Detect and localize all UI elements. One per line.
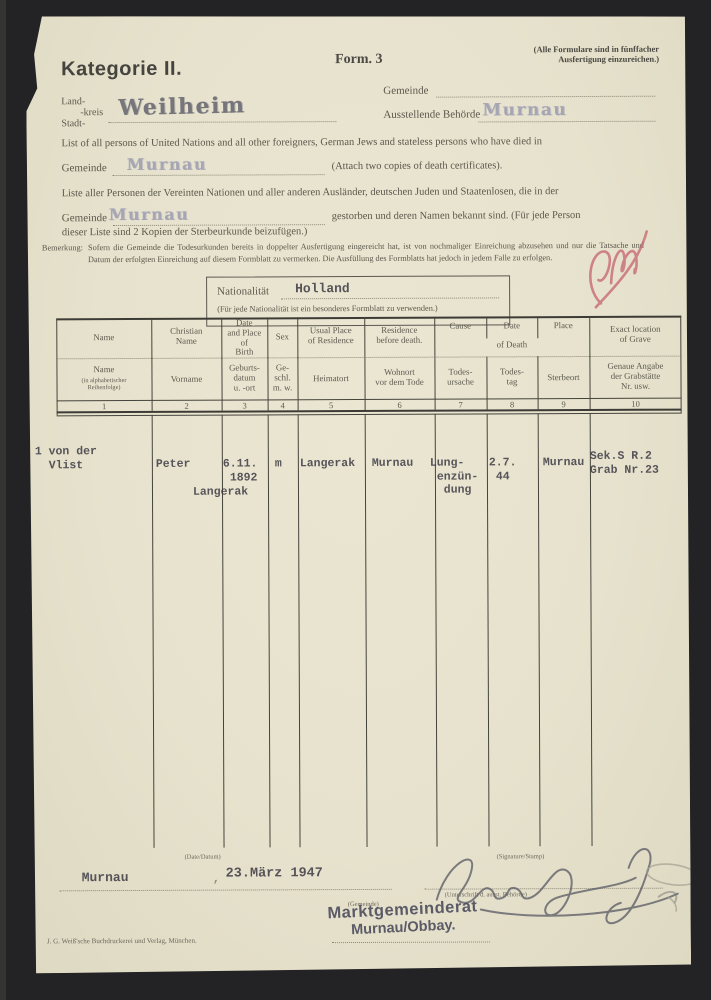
record-cause: Lung- enzün- dung (430, 456, 478, 497)
col-number: 1 (57, 401, 152, 411)
col-header-en-birth: Date and Place of Birth (221, 318, 267, 357)
col-header-de-wohnort: Wohnort vor dem Tode (364, 368, 434, 388)
nationality-note: (Für jede Nationalität ist ein besondere… (217, 304, 438, 314)
col-header-en-residence: Usual Place of Residence (297, 326, 364, 346)
printer-imprint: J. G. Weiß'sche Buchdruckerei und Verlag… (47, 937, 197, 946)
record-birth-date: 6.11. 1892 (223, 457, 258, 484)
behoerde-field-line (478, 120, 655, 123)
date-field-label: (Date/Datum) (185, 854, 221, 861)
col-number: 2 (152, 401, 222, 411)
body-vline (298, 414, 301, 847)
english-attach-note: (Attach two copies of death certificates… (332, 160, 503, 172)
landkreis-field-line (108, 120, 336, 123)
date-signature-line-left (60, 888, 392, 891)
scan-background: Kategorie II. Form. 3 (Alle Formulare si… (0, 0, 711, 1000)
body-vline (590, 413, 593, 846)
red-pencil-scribble (556, 210, 684, 328)
col-number: 4 (268, 400, 298, 410)
record-death-place: Murnau (543, 456, 584, 469)
col-number: 7 (435, 399, 487, 409)
col-header-de-geburt: Geburts- datum u. -ort (221, 363, 267, 393)
col-header-de-grabstaette: Genaue Angabe der Grabstätte Nr. usw. (589, 362, 681, 392)
body-vline (152, 415, 155, 848)
english-intro-line: List of all persons of United Nations an… (61, 136, 657, 150)
record-grave-location: Sek.S R.2 Grab Nr.23 (590, 450, 659, 477)
record-death-date: 2.7. 44 (489, 456, 517, 483)
pencil-oval-mark (638, 856, 708, 914)
form-number: Form. 3 (335, 52, 383, 68)
col-header-de-todestag: Todes- tag (486, 367, 537, 387)
nationality-line (281, 296, 499, 299)
behoerde-label: Ausstellende Behörde (383, 108, 480, 120)
col-number: 3 (222, 400, 268, 410)
record-sex: m (275, 457, 282, 470)
kreis-label: -kreis (80, 107, 103, 118)
german-gemeinde-label: Gemeinde (62, 212, 107, 224)
col-header-en-sex: Sex (267, 332, 297, 342)
typed-date: 23.März 1947 (226, 866, 323, 881)
col-header-en-christian-name: Christian Name (151, 327, 221, 347)
copies-note: (Alle Formulare sind in fünffacher Ausfe… (534, 44, 660, 65)
record-residence-before-death: Murnau (372, 457, 413, 470)
german-line3: dieser Liste sind 2 Kopien der Sterbeurk… (62, 226, 308, 238)
record-christian-name: Peter (156, 458, 191, 471)
gemeinde-field-line (436, 95, 655, 98)
english-gemeinde-stamp: Murnau (127, 155, 207, 174)
col-header-en-place: Place (537, 321, 589, 331)
col-number: 9 (538, 399, 590, 409)
col-number: 6 (365, 400, 435, 410)
english-gemeinde-label: Gemeinde (62, 162, 107, 174)
gemeinde-field-label: Gemeinde (383, 85, 428, 97)
body-vline (268, 414, 271, 847)
col-header-en-cause: Cause (434, 321, 486, 331)
german-line2: gestorben und deren Namen bekannt sind. … (332, 210, 581, 222)
stamp-underline (332, 940, 490, 943)
land-label: Land- (61, 96, 85, 107)
table-top-border (56, 316, 681, 321)
record-name: 1 von der Vlist (35, 445, 97, 472)
col-header-de-heimatort: Heimatort (297, 374, 364, 384)
table-body (57, 413, 684, 849)
col-header-de-sterbeort: Sterbeort (537, 373, 589, 383)
english-gemeinde-line (113, 173, 325, 176)
form-paper: Kategorie II. Form. 3 (Alle Formulare si… (26, 14, 691, 974)
bemerkung-label: Bemerkung: (42, 242, 83, 265)
body-vline (538, 413, 541, 846)
col-header-en-grave: Exact location of Grave (589, 325, 681, 345)
record-residence: Langerak (300, 457, 355, 470)
record-birth-place: Langerak (193, 485, 248, 498)
col-header-de-vorname: Vorname (151, 375, 221, 385)
col-header-de-todesursache: Todes- ursache (434, 367, 486, 387)
table-en-de-separator (56, 356, 681, 360)
col-number: 10 (590, 399, 682, 409)
col-header-en-date: Date (486, 321, 537, 331)
col-number: 8 (487, 399, 538, 409)
col-number: 5 (298, 400, 365, 410)
col-header-de-name-small: (in alphabetischer Reihenfolge) (56, 377, 151, 391)
typed-comma: , (213, 872, 220, 886)
landkreis-stamp: Weilheim (118, 92, 246, 121)
col-header-en-residence-before-death: Residence before death. (364, 326, 434, 346)
table-header: Name Christian Name Date and Place of Bi… (56, 316, 681, 417)
col-header-de-geschl: Ge- schl. m. w. (267, 363, 297, 393)
behoerde-stamp: Murnau (482, 100, 567, 120)
nationality-value: Holland (295, 281, 350, 296)
german-intro-line: Liste aller Personen der Vereinten Natio… (62, 186, 658, 200)
body-vline (365, 414, 368, 847)
nationality-label: Nationalität (217, 285, 269, 297)
col-header-de-name: Name (56, 365, 151, 375)
stadt-label: Stadt- (61, 118, 85, 129)
col-header-en-of-death: of Death (434, 340, 589, 350)
german-gemeinde-stamp: Murnau (109, 205, 189, 224)
col-header-en-name: Name (56, 333, 151, 343)
typed-place: Murnau (82, 870, 129, 885)
category-title: Kategorie II. (61, 58, 182, 82)
